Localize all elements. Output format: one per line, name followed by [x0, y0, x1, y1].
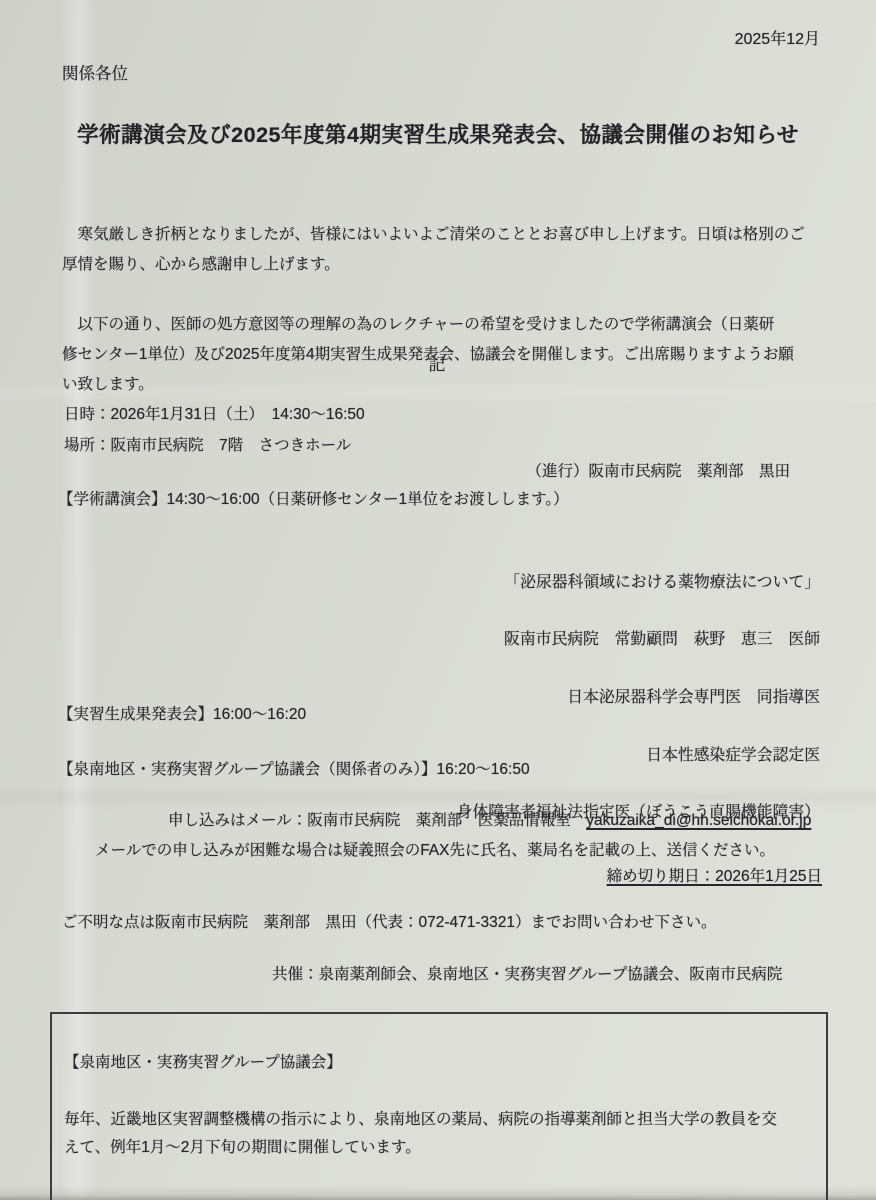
location-line: 場所：阪南市民病院 7階 さつきホール: [64, 431, 351, 461]
email-address: yakuzaika_di@hh.seichokai.or.jp: [586, 812, 811, 829]
lecture-speaker: 阪南市民病院 常勤顧問 萩野 恵三 医師: [457, 626, 820, 655]
speaker-credential-1: 日本泌尿器科学会専門医 同指導医: [457, 684, 820, 713]
datetime-line: 日時：2026年1月31日（土） 14:30～16:50: [64, 400, 365, 430]
application-email-prefix: 申し込みはメール：阪南市民病院 薬剤部 医薬品情報室: [168, 812, 586, 829]
lecture-title: 「泌尿器科領域における薬物療法について」: [457, 569, 820, 598]
addressee: 関係各位: [62, 60, 128, 84]
contact-line: ご不明な点は阪南市民病院 薬剤部 黒田（代表：072-471-3321）までお問…: [62, 908, 717, 938]
info-box-text: 毎年、近畿地区実習調整機構の指示により、泉南地区の薬局、病院の指導薬剤師と担当大…: [64, 1106, 814, 1162]
record-heading: 記: [0, 350, 876, 375]
document-title: 学術講演会及び2025年度第4期実習生成果発表会、協議会開催のお知らせ: [0, 118, 876, 149]
council-session-line: 【泉南地区・実務実習グループ協議会（関係者のみ）】16:20～16:50: [58, 755, 530, 785]
presentation-session-line: 【実習生成果発表会】16:00～16:20: [58, 700, 306, 730]
lecture-session-line: 【学術講演会】14:30～16:00（日薬研修センター1単位をお渡しします。）: [58, 485, 569, 515]
greeting-paragraph: 寒気厳しき折柄となりましたが、皆様にはいよいよご清栄のこととお喜び申し上げます。…: [62, 220, 822, 280]
deadline-line: 締め切り期日：2026年1月25日: [607, 862, 822, 892]
cosponsor-line: 共催：泉南薬剤師会、泉南地区・実務実習グループ協議会、阪南市民病院: [272, 960, 782, 990]
issue-date: 2025年12月: [735, 26, 820, 49]
moderator-line: （進行）阪南市民病院 薬剤部 黒田: [526, 457, 790, 487]
paper-document: 2025年12月 関係各位 学術講演会及び2025年度第4期実習生成果発表会、協…: [0, 0, 876, 1200]
info-box: 【泉南地区・実務実習グループ協議会】 毎年、近畿地区実習調整機構の指示により、泉…: [50, 1012, 828, 1200]
application-email-line: 申し込みはメール：阪南市民病院 薬剤部 医薬品情報室 yakuzaika_di@…: [168, 806, 811, 836]
greeting-body: 寒気厳しき折柄となりましたが、皆様にはいよいよご清栄のこととお喜び申し上げます。…: [62, 190, 822, 430]
info-box-heading: 【泉南地区・実務実習グループ協議会】: [64, 1049, 814, 1077]
